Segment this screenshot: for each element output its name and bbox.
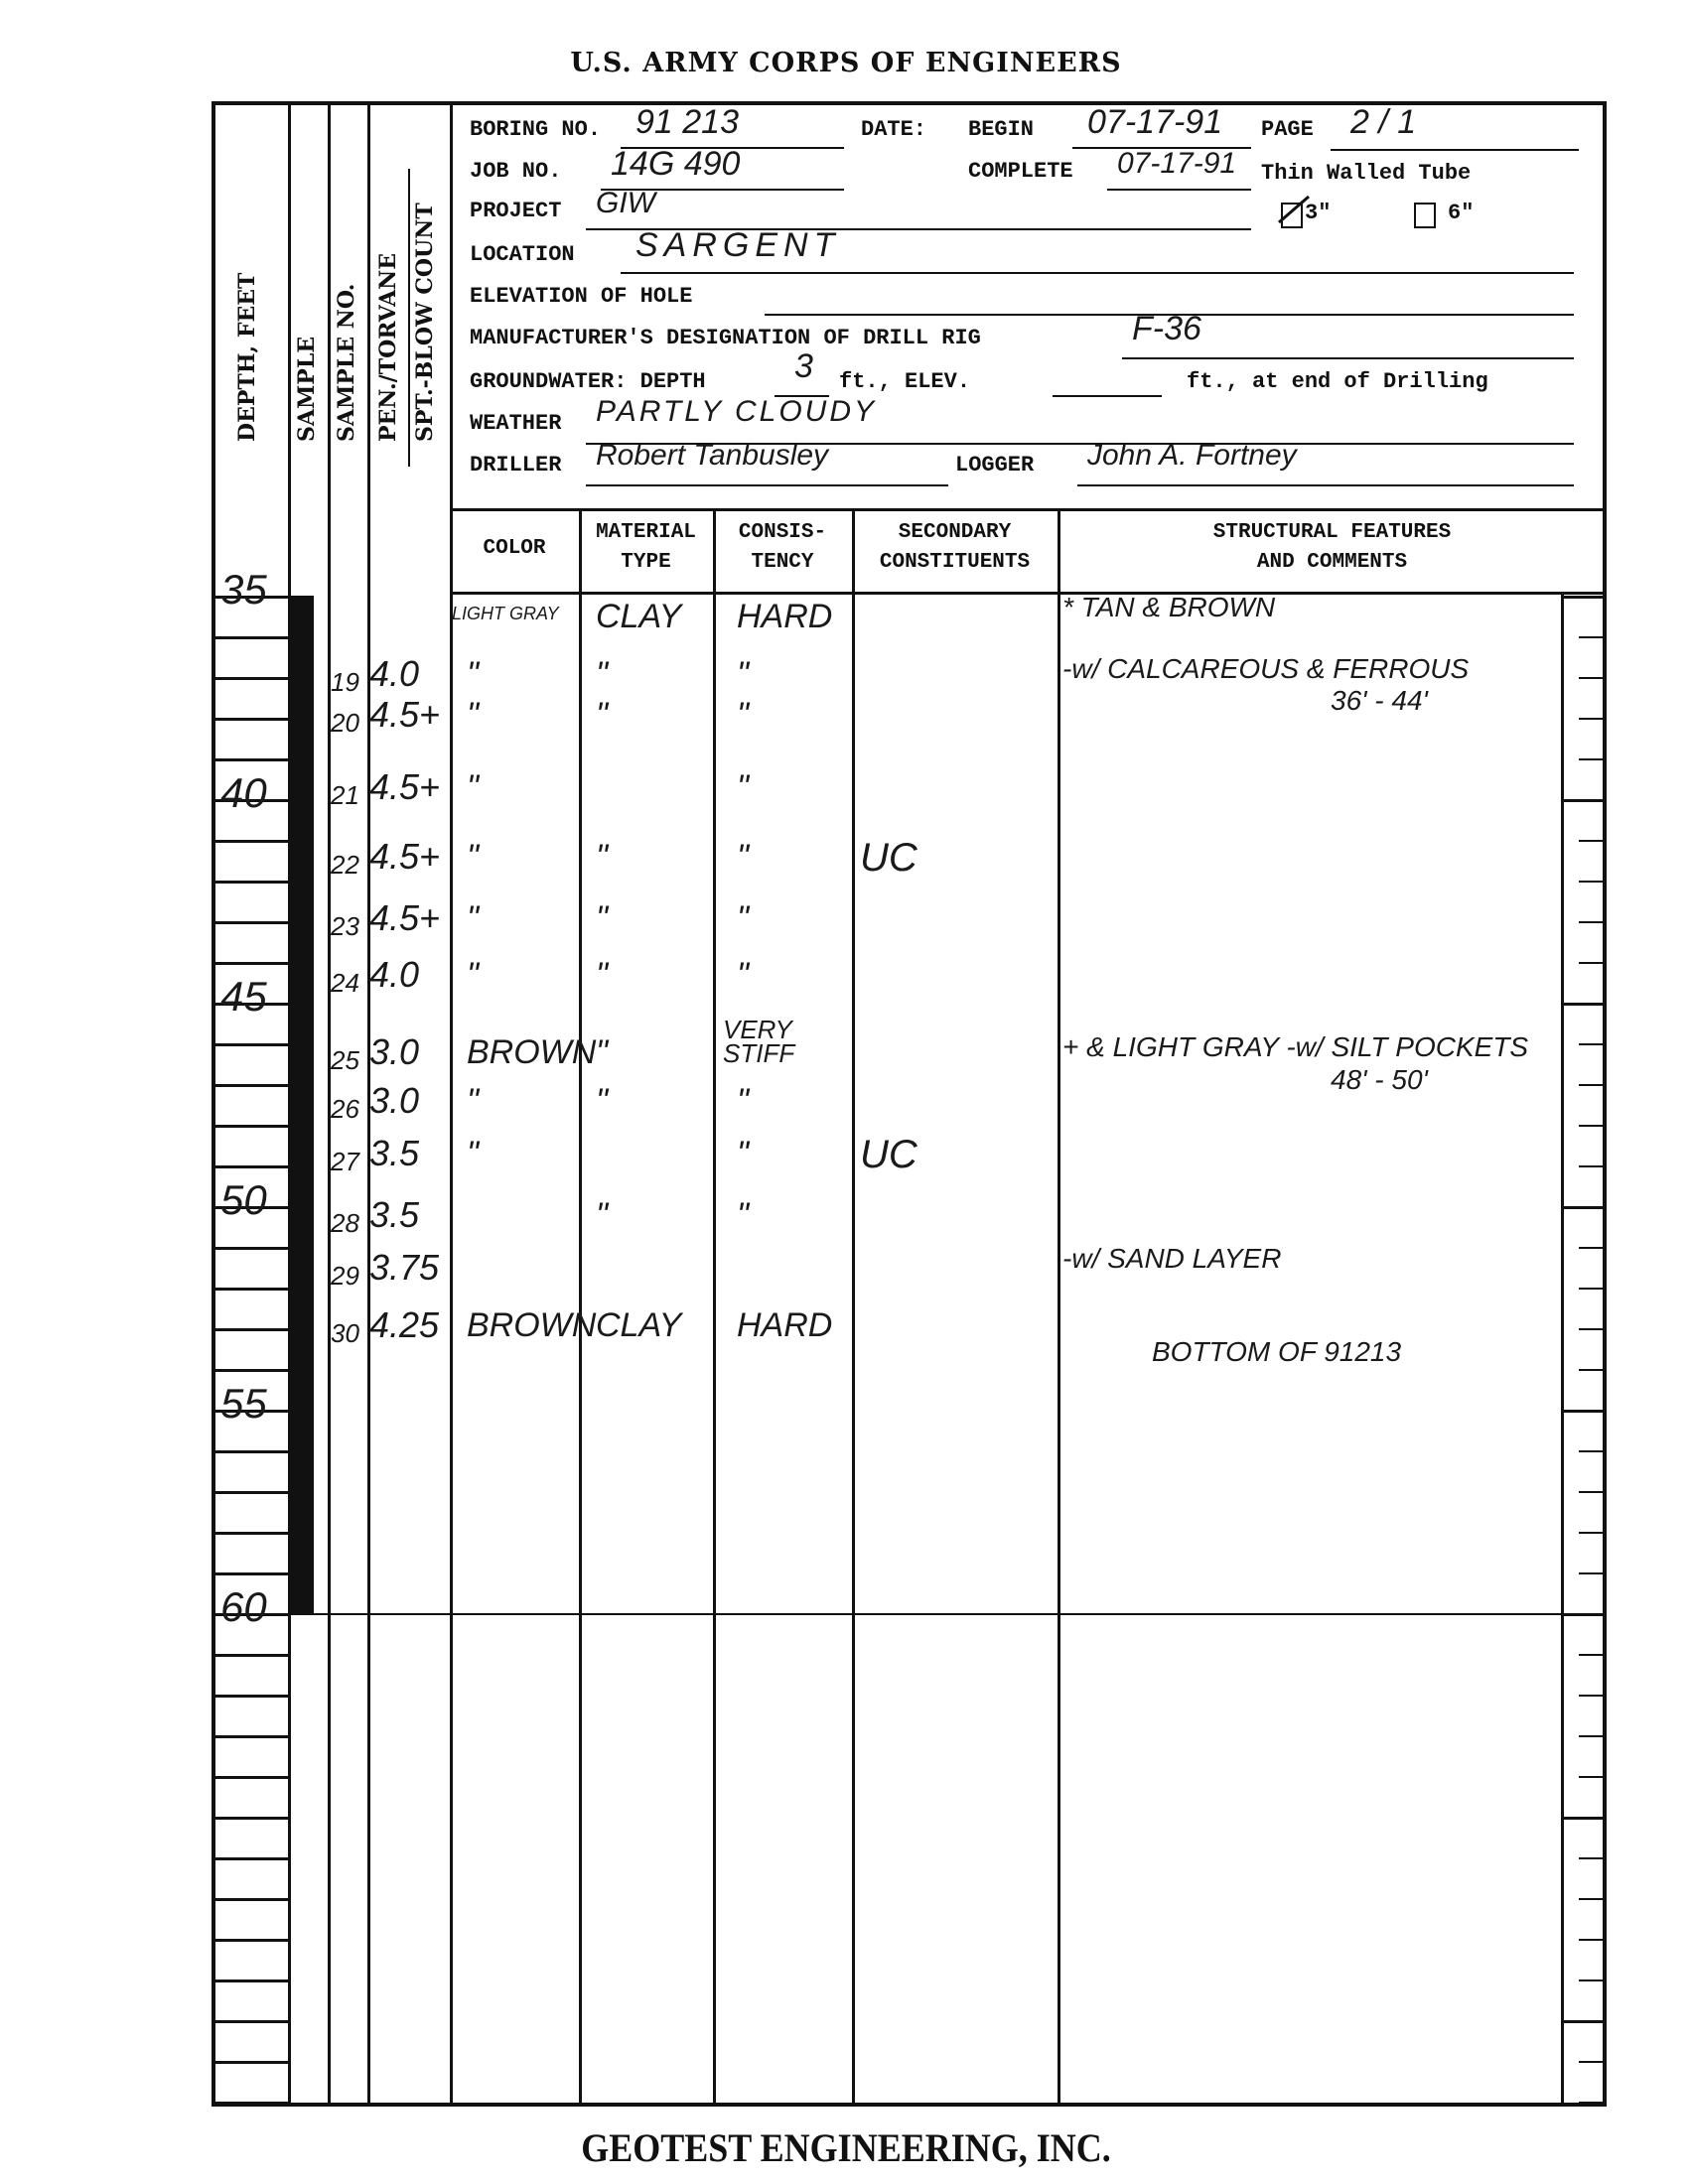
drill-rig-value[interactable]: F-36 <box>1132 310 1201 348</box>
material-cell: " <box>596 655 608 694</box>
depth-label: 60 <box>220 1583 267 1631</box>
color-cell: " <box>467 768 479 807</box>
project-value[interactable]: GIW <box>596 187 655 220</box>
depth-tick <box>211 1735 288 1738</box>
scale-tick <box>1579 1247 1607 1249</box>
scale-tick <box>1561 1410 1607 1413</box>
consistency-cell: HARD <box>737 598 832 636</box>
consistency-cell: " <box>737 768 749 807</box>
date-label: DATE: <box>861 117 926 142</box>
material-header-line1: MATERIAL <box>579 518 713 548</box>
sample-no-cell: 19 <box>331 667 359 698</box>
consistency-cell: " <box>737 1082 749 1121</box>
material-cell: " <box>596 696 608 735</box>
sample-no-cell: 23 <box>331 911 359 942</box>
logger-label: LOGGER <box>955 453 1034 478</box>
depth-tick <box>211 1450 288 1453</box>
pen-value-cell: 4.5+ <box>369 897 440 939</box>
depth-label: 35 <box>220 566 267 614</box>
structural-header-line2: AND COMMENTS <box>1057 548 1607 578</box>
consistency-cell: " <box>737 655 749 694</box>
pen-value-cell: 4.0 <box>369 653 419 695</box>
driller-value[interactable]: Robert Tanbusley <box>596 439 828 473</box>
sample-no-cell: 20 <box>331 708 359 739</box>
depth-tick <box>211 1939 288 1942</box>
scale-tick <box>1579 1857 1607 1859</box>
scale-tick <box>1579 677 1607 679</box>
company-footer: GEOTEST ENGINEERING, INC. <box>84 2124 1608 2171</box>
divider <box>450 101 453 2107</box>
secondary-cell: UC <box>860 1133 917 1177</box>
pen-value-cell: 4.0 <box>369 954 419 996</box>
scale-tick <box>1579 718 1607 720</box>
scale-tick <box>1579 881 1607 883</box>
scale-tick <box>1579 1654 1607 1656</box>
complete-date-value[interactable]: 07-17-91 <box>1117 147 1236 181</box>
scale-tick <box>1579 1979 1607 1981</box>
depth-tick <box>211 921 288 924</box>
divider <box>1561 592 1564 2107</box>
job-no-label: JOB NO. <box>470 159 561 184</box>
material-cell: " <box>596 956 608 995</box>
depth-tick <box>211 962 288 965</box>
depth-tick <box>211 677 288 680</box>
color-cell: " <box>467 899 479 938</box>
scale-tick <box>1561 799 1607 802</box>
scale-tick <box>1579 1776 1607 1778</box>
depth-tick <box>211 1572 288 1575</box>
color-header: COLOR <box>450 534 579 564</box>
scale-tick <box>1561 2020 1607 2023</box>
consistency-cell: VERY STIFF <box>723 1018 822 1065</box>
groundwater-label: GROUNDWATER: DEPTH <box>470 369 706 394</box>
driller-label: DRILLER <box>470 453 561 478</box>
color-cell: " <box>467 956 479 995</box>
comment-text: BOTTOM OF 91213 <box>1152 1336 1401 1368</box>
tube-3in-label: 3" <box>1305 201 1331 225</box>
agency-title: U.S. ARMY CORPS OF ENGINEERS <box>0 48 1692 78</box>
secondary-header-line2: CONSTITUENTS <box>852 548 1057 578</box>
secondary-header-line1: SECONDARY <box>852 518 1057 548</box>
material-cell: " <box>596 1082 608 1121</box>
scale-tick <box>1561 1206 1607 1209</box>
comment-text: + & LIGHT GRAY -w/ SILT POCKETS <box>1062 1031 1528 1063</box>
color-cell: " <box>467 1082 479 1121</box>
scale-tick <box>1579 1735 1607 1737</box>
divider <box>450 592 1607 595</box>
pen-value-cell: 4.25 <box>369 1304 439 1346</box>
depth-tick <box>211 1247 288 1250</box>
depth-tick <box>211 1857 288 1860</box>
sample-interval-bar <box>290 596 314 1613</box>
depth-tick <box>211 1817 288 1820</box>
color-cell: " <box>467 1135 479 1173</box>
depth-tick <box>211 1898 288 1901</box>
depth-tick <box>211 1043 288 1046</box>
divider <box>408 169 410 467</box>
bottom-of-boring-line <box>288 1613 1561 1615</box>
color-cell: " <box>467 655 479 694</box>
pen-value-cell: 3.0 <box>369 1080 419 1122</box>
complete-label: COMPLETE <box>968 159 1073 184</box>
sample-no-cell: 29 <box>331 1261 359 1292</box>
depth-feet-header: DEPTH, FEET <box>234 273 260 442</box>
groundwater-elev-label: ft., ELEV. <box>839 369 970 394</box>
scale-tick <box>1579 1328 1607 1330</box>
consistency-header-line1: CONSIS- <box>713 518 852 548</box>
material-cell: CLAY <box>596 598 681 636</box>
sample-no-cell: 25 <box>331 1045 359 1076</box>
comment-text: -w/ CALCAREOUS & FERROUS <box>1062 653 1469 685</box>
tube-6in-label: 6" <box>1448 201 1474 225</box>
comment-text: 48' - 50' <box>1331 1064 1428 1096</box>
material-cell: " <box>596 1033 608 1072</box>
depth-tick <box>211 2061 288 2064</box>
material-cell: " <box>596 1196 608 1235</box>
sample-no-cell: 21 <box>331 780 359 811</box>
material-header-line2: TYPE <box>579 548 713 578</box>
sample-no-cell: 30 <box>331 1318 359 1349</box>
depth-tick <box>211 718 288 721</box>
pen-value-cell: 4.5+ <box>369 694 440 736</box>
depth-tick <box>211 758 288 761</box>
scale-tick <box>1579 1491 1607 1493</box>
consistency-header-line2: TENCY <box>713 548 852 578</box>
scale-tick <box>1579 1125 1607 1127</box>
scale-tick <box>1561 1613 1607 1616</box>
depth-tick <box>211 1776 288 1779</box>
consistency-cell: " <box>737 956 749 995</box>
depth-label: 45 <box>220 973 267 1021</box>
material-cell: " <box>596 838 608 877</box>
elevation-label: ELEVATION OF HOLE <box>470 284 692 309</box>
divider <box>713 508 716 2107</box>
scale-tick <box>1579 1043 1607 1045</box>
structural-features-header: STRUCTURAL FEATURES AND COMMENTS <box>1057 518 1607 578</box>
scale-tick <box>1579 921 1607 923</box>
scale-tick <box>1579 1369 1607 1371</box>
consistency-cell: " <box>737 696 749 735</box>
pen-value-cell: 3.5 <box>369 1133 419 1174</box>
pen-value-cell: 3.0 <box>369 1031 419 1073</box>
color-cell: " <box>467 696 479 735</box>
scale-tick <box>1561 1817 1607 1820</box>
end-of-drilling-label: ft., at end of Drilling <box>1187 369 1488 394</box>
scale-tick <box>1579 2061 1607 2063</box>
scale-tick <box>1579 1450 1607 1452</box>
logger-value[interactable]: John A. Fortney <box>1087 439 1297 473</box>
comment-text: * TAN & BROWN <box>1062 592 1275 623</box>
groundwater-depth-value[interactable]: 3 <box>794 347 813 386</box>
begin-label: BEGIN <box>968 117 1034 142</box>
sample-no-cell: 28 <box>331 1208 359 1239</box>
spt-blow-count-header: SPT.-BLOW COUNT <box>412 203 438 442</box>
divider <box>1057 508 1060 2107</box>
color-cell: LIGHT GRAY <box>452 604 559 624</box>
sample-no-cell: 26 <box>331 1094 359 1125</box>
scale-tick <box>1579 2102 1607 2104</box>
divider <box>450 508 1607 511</box>
secondary-cell: UC <box>860 836 917 881</box>
depth-tick <box>211 1165 288 1168</box>
depth-label: 50 <box>220 1176 267 1224</box>
depth-tick <box>211 1328 288 1331</box>
scale-tick <box>1579 1898 1607 1900</box>
boring-no-label: BORING NO. <box>470 117 601 142</box>
project-label: PROJECT <box>470 199 561 223</box>
material-cell: " <box>596 899 608 938</box>
depth-tick <box>211 636 288 639</box>
scale-tick <box>1579 1084 1607 1086</box>
depth-tick <box>211 1979 288 1982</box>
depth-tick <box>211 1491 288 1494</box>
structural-header-line1: STRUCTURAL FEATURES <box>1057 518 1607 548</box>
pen-value-cell: 3.75 <box>369 1247 439 1289</box>
depth-tick <box>211 1084 288 1087</box>
color-cell: " <box>467 838 479 877</box>
consistency-cell: " <box>737 838 749 877</box>
depth-tick <box>211 881 288 884</box>
depth-tick <box>211 2020 288 2023</box>
sample-no-cell: 22 <box>331 850 359 881</box>
pen-torvane-header: PEN./TORVANE <box>375 253 401 442</box>
scale-tick <box>1579 1695 1607 1697</box>
job-no-value[interactable]: 14G 490 <box>611 145 740 184</box>
color-cell: BROWN <box>467 1033 596 1072</box>
sample-no-cell: 24 <box>331 968 359 999</box>
tube-6in-checkbox[interactable] <box>1414 203 1436 228</box>
consistency-header: CONSIS- TENCY <box>713 518 852 578</box>
scale-tick <box>1579 962 1607 964</box>
boring-no-value[interactable]: 91 213 <box>635 103 739 142</box>
depth-label: 40 <box>220 769 267 817</box>
tube-label: Thin Walled Tube <box>1261 161 1471 186</box>
drill-rig-label: MANUFACTURER'S DESIGNATION OF DRILL RIG <box>470 326 981 350</box>
pen-value-cell: 3.5 <box>369 1194 419 1236</box>
scale-tick <box>1579 1939 1607 1941</box>
depth-tick <box>211 840 288 843</box>
comment-text: -w/ SAND LAYER <box>1062 1243 1281 1275</box>
consistency-cell: " <box>737 1196 749 1235</box>
pen-value-cell: 4.5+ <box>369 766 440 808</box>
comment-text: 36' - 44' <box>1331 685 1428 717</box>
pen-value-cell: 4.5+ <box>369 836 440 878</box>
divider <box>852 508 855 2107</box>
material-type-header: MATERIAL TYPE <box>579 518 713 578</box>
depth-tick <box>211 1532 288 1535</box>
depth-tick <box>211 1654 288 1657</box>
page-value[interactable]: 2 / 1 <box>1350 103 1416 142</box>
sample-no-cell: 27 <box>331 1147 359 1177</box>
color-cell: BROWN <box>467 1306 596 1345</box>
depth-tick <box>211 1125 288 1128</box>
location-value[interactable]: SARGENT <box>635 226 840 265</box>
depth-label: 55 <box>220 1380 267 1428</box>
consistency-cell: HARD <box>737 1306 832 1345</box>
sample-no-header: SAMPLE NO. <box>334 284 359 442</box>
consistency-cell: " <box>737 1135 749 1173</box>
material-cell: CLAY <box>596 1306 681 1345</box>
location-label: LOCATION <box>470 242 575 267</box>
depth-tick <box>211 1288 288 1291</box>
depth-tick <box>211 2102 288 2105</box>
scale-tick <box>1579 1288 1607 1290</box>
scale-tick <box>1579 636 1607 638</box>
scale-tick <box>1579 758 1607 760</box>
weather-value[interactable]: PARTLY CLOUDY <box>596 395 877 429</box>
scale-tick <box>1561 596 1607 599</box>
scale-tick <box>1579 1572 1607 1574</box>
scale-tick <box>1579 1532 1607 1534</box>
depth-tick <box>211 1695 288 1698</box>
page-label: PAGE <box>1261 117 1314 142</box>
weather-label: WEATHER <box>470 411 561 436</box>
secondary-constituents-header: SECONDARY CONSTITUENTS <box>852 518 1057 578</box>
consistency-cell: " <box>737 899 749 938</box>
scale-tick <box>1579 840 1607 842</box>
begin-date-value[interactable]: 07-17-91 <box>1087 103 1222 142</box>
depth-tick <box>211 1369 288 1372</box>
sample-header: SAMPLE <box>294 337 320 442</box>
scale-tick <box>1561 1003 1607 1006</box>
scale-tick <box>1579 1165 1607 1167</box>
